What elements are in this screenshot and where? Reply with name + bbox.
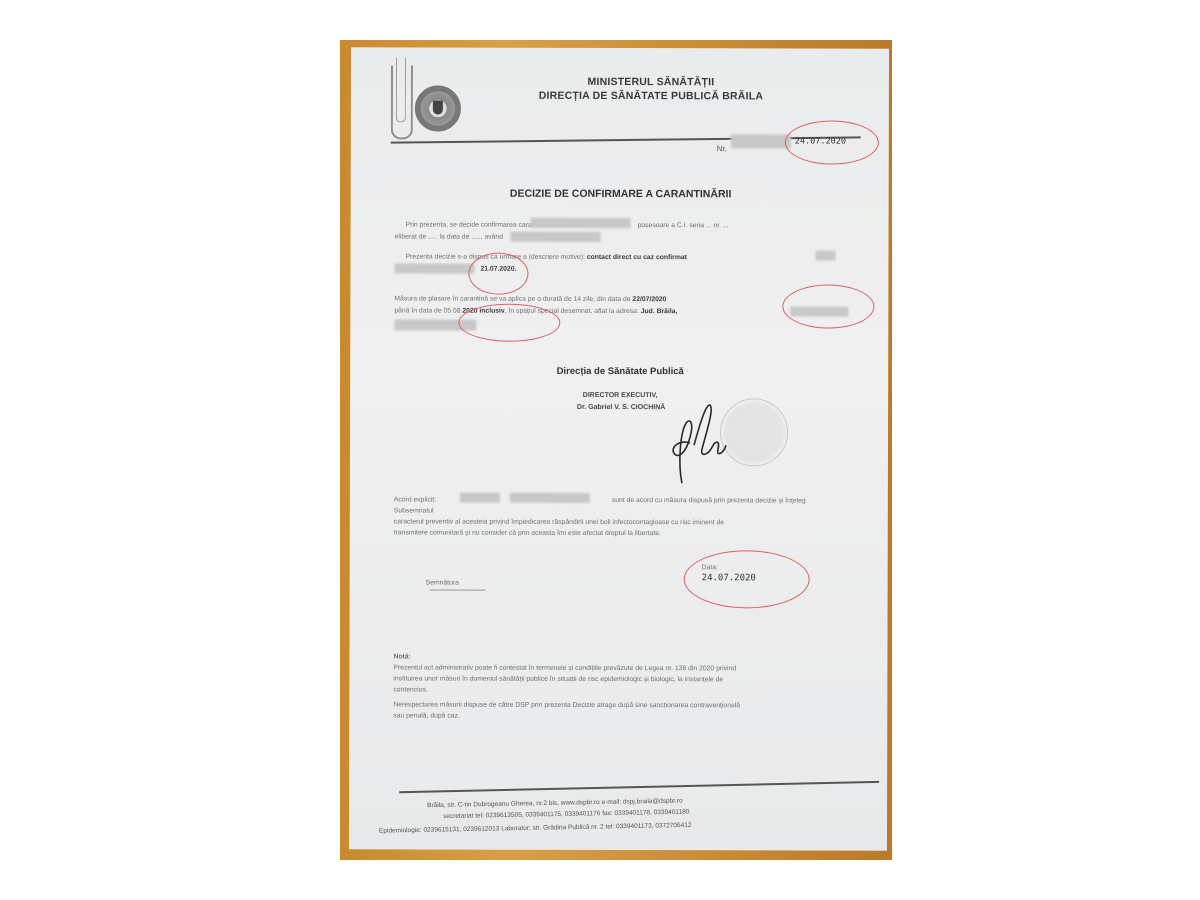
ministry-title: MINISTERUL SĂNĂTĂȚII (501, 76, 801, 89)
note-label: Notă: (393, 651, 410, 662)
quarantine-start-date: 22/07/2020 (632, 296, 666, 303)
redacted-signatory (460, 493, 500, 503)
consent-line-4: transmitere comunitară și nu consider că… (394, 527, 661, 539)
consent-line-1: Acord explicit: (394, 494, 436, 505)
number-label: Nr. (717, 144, 727, 153)
document-title: DECIZIE DE CONFIRMARE A CARANTINĂRII (451, 188, 791, 201)
note-line-2: instituirea unor măsuri în domeniul sănă… (393, 673, 723, 685)
footer-phones: secretariat tel: 0239613505, 0339401175,… (443, 809, 689, 821)
signature-label: Semnătura (426, 577, 459, 588)
paragraph-1-line-1-end: posesoare a C.I. seria ... nr. ... (638, 220, 729, 231)
document-photo: MINISTERUL SĂNĂTĂȚII DIRECȚIA DE SĂNĂTAT… (340, 40, 892, 860)
red-circle-annotation (684, 550, 810, 608)
redacted-name (531, 218, 631, 228)
redacted-number (731, 134, 791, 148)
address-county: Jud. Brăila, (641, 308, 678, 315)
note-line-1: Prezentul act administrativ poate fi con… (393, 662, 736, 674)
redacted-case (815, 251, 835, 261)
consent-line-2: Subsemnatul (394, 505, 434, 516)
red-circle-annotation (468, 253, 528, 295)
text: Măsura de plasare în carantină se va apl… (394, 295, 630, 303)
coat-of-arms-seal-icon (415, 85, 461, 131)
red-circle-annotation (782, 284, 874, 328)
handwritten-signature (660, 393, 740, 488)
text: Acord explicit: (394, 496, 436, 503)
signature-line (430, 590, 486, 591)
redacted-case-name (394, 263, 474, 273)
authority-heading: Direcția de Sănătate Publică (500, 366, 740, 378)
footer-departments: Epidemiologie: 0239615131, 0239612013 La… (379, 822, 692, 835)
document-page: MINISTERUL SĂNĂTĂȚII DIRECȚIA DE SĂNĂTAT… (349, 47, 889, 850)
reason-text: contact direct cu caz confirmat (587, 254, 687, 261)
paperclip-icon (391, 65, 413, 139)
red-circle-annotation (458, 304, 560, 342)
text: până în data de 05.08. (394, 307, 462, 314)
paragraph-3-line-1: Măsura de plasare în carantină se va apl… (394, 293, 666, 305)
red-circle-annotation (785, 120, 879, 164)
consent-line-1-end: sunt de acord cu măsura dispusă prin pre… (612, 495, 806, 507)
consent-line-3: caracterul preventiv al acesteia privind… (394, 516, 724, 528)
paragraph-2-line-1: Prezenta decizie s-a dispus ca urmare a … (405, 251, 686, 263)
footer-address: Brăila, str. C-tin Dobrogeanu Gherea, nr… (427, 797, 683, 809)
footer-divider (399, 781, 879, 793)
redacted-signatory (510, 493, 590, 503)
note-line-3: contencios. (393, 684, 427, 695)
directorate-title: DIRECȚIA DE SĂNĂTATE PUBLICĂ BRĂILA (501, 90, 801, 103)
paragraph-1-line-2: eliberat de ..... la data de ....., avân… (395, 231, 503, 242)
note-line-5: sau penală, după caz. (393, 710, 460, 721)
redacted-field (511, 232, 601, 242)
note-line-4: Nerespectarea măsurii dispuse de către D… (393, 699, 740, 711)
